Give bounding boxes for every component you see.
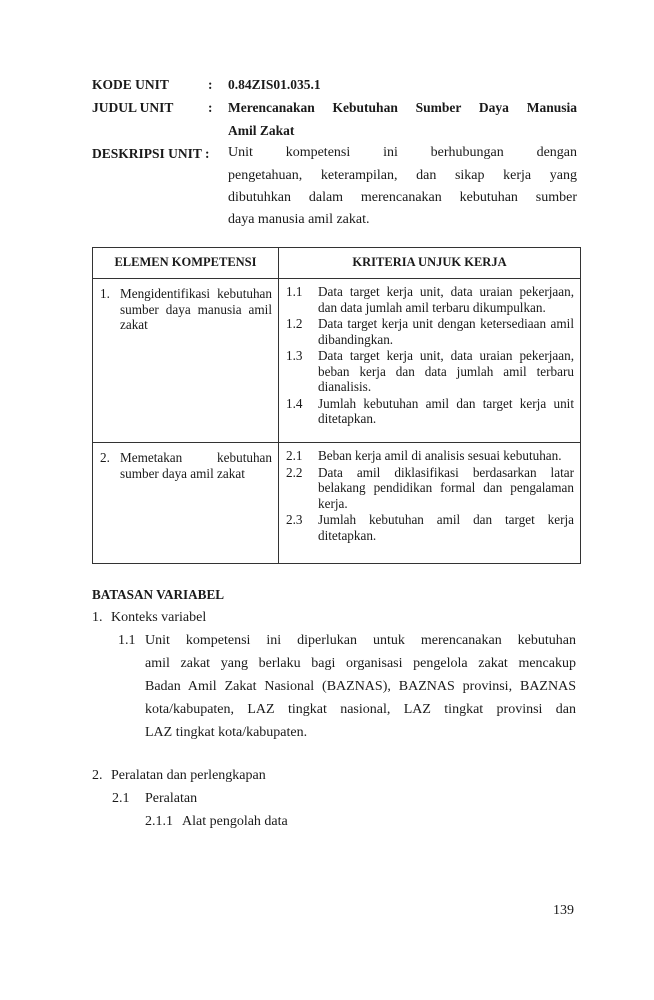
- kriteria-text: Beban kerja amil di analisis sesuai kebu…: [318, 448, 574, 464]
- konteks-line: amil zakat yang berlaku bagi organisasi …: [145, 656, 576, 672]
- competency-table: ELEMEN KOMPETENSI KRITERIA UNJUK KERJA 1…: [92, 247, 581, 564]
- elemen-cell: 2. Memetakan kebutuhan sumber daya amil …: [93, 443, 279, 564]
- kriteria-item: 2.1 Beban kerja amil di analisis sesuai …: [286, 448, 574, 464]
- list-number: 1.: [92, 610, 103, 626]
- table-row: 2. Memetakan kebutuhan sumber daya amil …: [93, 443, 581, 564]
- deskripsi-line: dibutuhkan dalam merencanakan kebutuhan …: [228, 190, 577, 206]
- alat-pengolah-data-label: Alat pengolah data: [182, 814, 288, 830]
- konteks-variabel-label: Konteks variabel: [111, 610, 206, 626]
- page-number: 139: [553, 903, 574, 919]
- kriteria-number: 1.1: [286, 284, 318, 315]
- konteks-line: Badan Amil Zakat Nasional (BAZNAS), BAZN…: [145, 679, 576, 695]
- elemen-number: 2.: [100, 450, 120, 481]
- deskripsi-line: Unit kompetensi ini berhubungan dengan: [228, 145, 577, 161]
- judul-unit-value-line2: Amil Zakat: [228, 123, 294, 139]
- header-kriteria-unjuk-kerja: KRITERIA UNJUK KERJA: [279, 248, 581, 279]
- kriteria-text: Data target kerja unit, data uraian peke…: [318, 348, 574, 395]
- judul-unit-colon: :: [208, 100, 213, 116]
- table-header-row: ELEMEN KOMPETENSI KRITERIA UNJUK KERJA: [93, 248, 581, 279]
- kriteria-item: 1.1 Data target kerja unit, data uraian …: [286, 284, 574, 315]
- kriteria-item: 2.2 Data amil diklasifikasi berdasarkan …: [286, 465, 574, 512]
- peralatan-label: Peralatan: [145, 791, 197, 807]
- list-number: 2.: [92, 768, 103, 784]
- deskripsi-line: daya manusia amil zakat.: [228, 212, 577, 228]
- kriteria-item: 1.3 Data target kerja unit, data uraian …: [286, 348, 574, 395]
- kriteria-number: 1.2: [286, 316, 318, 347]
- judul-unit-label: JUDUL UNIT: [92, 100, 173, 116]
- kriteria-number: 2.1: [286, 448, 318, 464]
- kriteria-cell: 1.1 Data target kerja unit, data uraian …: [279, 279, 581, 443]
- batasan-variabel-title: BATASAN VARIABEL: [92, 587, 224, 603]
- list-number: 2.1.1: [145, 814, 173, 830]
- kriteria-text: Jumlah kebutuhan amil dan target kerja d…: [318, 512, 574, 543]
- kode-unit-label: KODE UNIT: [92, 77, 169, 93]
- konteks-line: LAZ tingkat kota/kabupaten.: [145, 725, 307, 741]
- konteks-line: Unit kompetensi ini diperlukan untuk mer…: [145, 633, 576, 649]
- peralatan-perlengkapan-label: Peralatan dan perlengkapan: [111, 768, 266, 784]
- kode-unit-value: 0.84ZIS01.035.1: [228, 77, 321, 93]
- kriteria-text: Data amil diklasifikasi berdasarkan lata…: [318, 465, 574, 512]
- kriteria-text: Data target kerja unit dengan ketersedia…: [318, 316, 574, 347]
- elemen-text: Memetakan kebutuhan sumber daya amil zak…: [120, 450, 272, 481]
- kriteria-text: Jumlah kebutuhan amil dan target kerja u…: [318, 396, 574, 427]
- kriteria-cell: 2.1 Beban kerja amil di analisis sesuai …: [279, 443, 581, 564]
- kriteria-number: 2.2: [286, 465, 318, 512]
- list-number: 1.1: [118, 633, 136, 649]
- kriteria-number: 2.3: [286, 512, 318, 543]
- elemen-cell: 1. Mengidentifikasi kebutuhan sumber day…: [93, 279, 279, 443]
- kriteria-item: 2.3 Jumlah kebutuhan amil dan target ker…: [286, 512, 574, 543]
- table-row: 1. Mengidentifikasi kebutuhan sumber day…: [93, 279, 581, 443]
- kode-unit-colon: :: [208, 77, 213, 93]
- kriteria-number: 1.3: [286, 348, 318, 395]
- elemen-number: 1.: [100, 286, 120, 333]
- list-number: 2.1: [112, 791, 130, 807]
- kriteria-item: 1.4 Jumlah kebutuhan amil dan target ker…: [286, 396, 574, 427]
- kriteria-text: Data target kerja unit, data uraian peke…: [318, 284, 574, 315]
- judul-unit-value-line1: Merencanakan Kebutuhan Sumber Daya Manus…: [228, 100, 577, 116]
- kriteria-number: 1.4: [286, 396, 318, 427]
- konteks-line: kota/kabupaten, LAZ tingkat nasional, LA…: [145, 702, 576, 718]
- deskripsi-unit-label: DESKRIPSI UNIT :: [92, 146, 210, 162]
- kriteria-item: 1.2 Data target kerja unit dengan keters…: [286, 316, 574, 347]
- header-elemen-kompetensi: ELEMEN KOMPETENSI: [93, 248, 279, 279]
- elemen-text: Mengidentifikasi kebutuhan sumber daya m…: [120, 286, 272, 333]
- deskripsi-line: pengetahuan, keterampilan, dan sikap ker…: [228, 168, 577, 184]
